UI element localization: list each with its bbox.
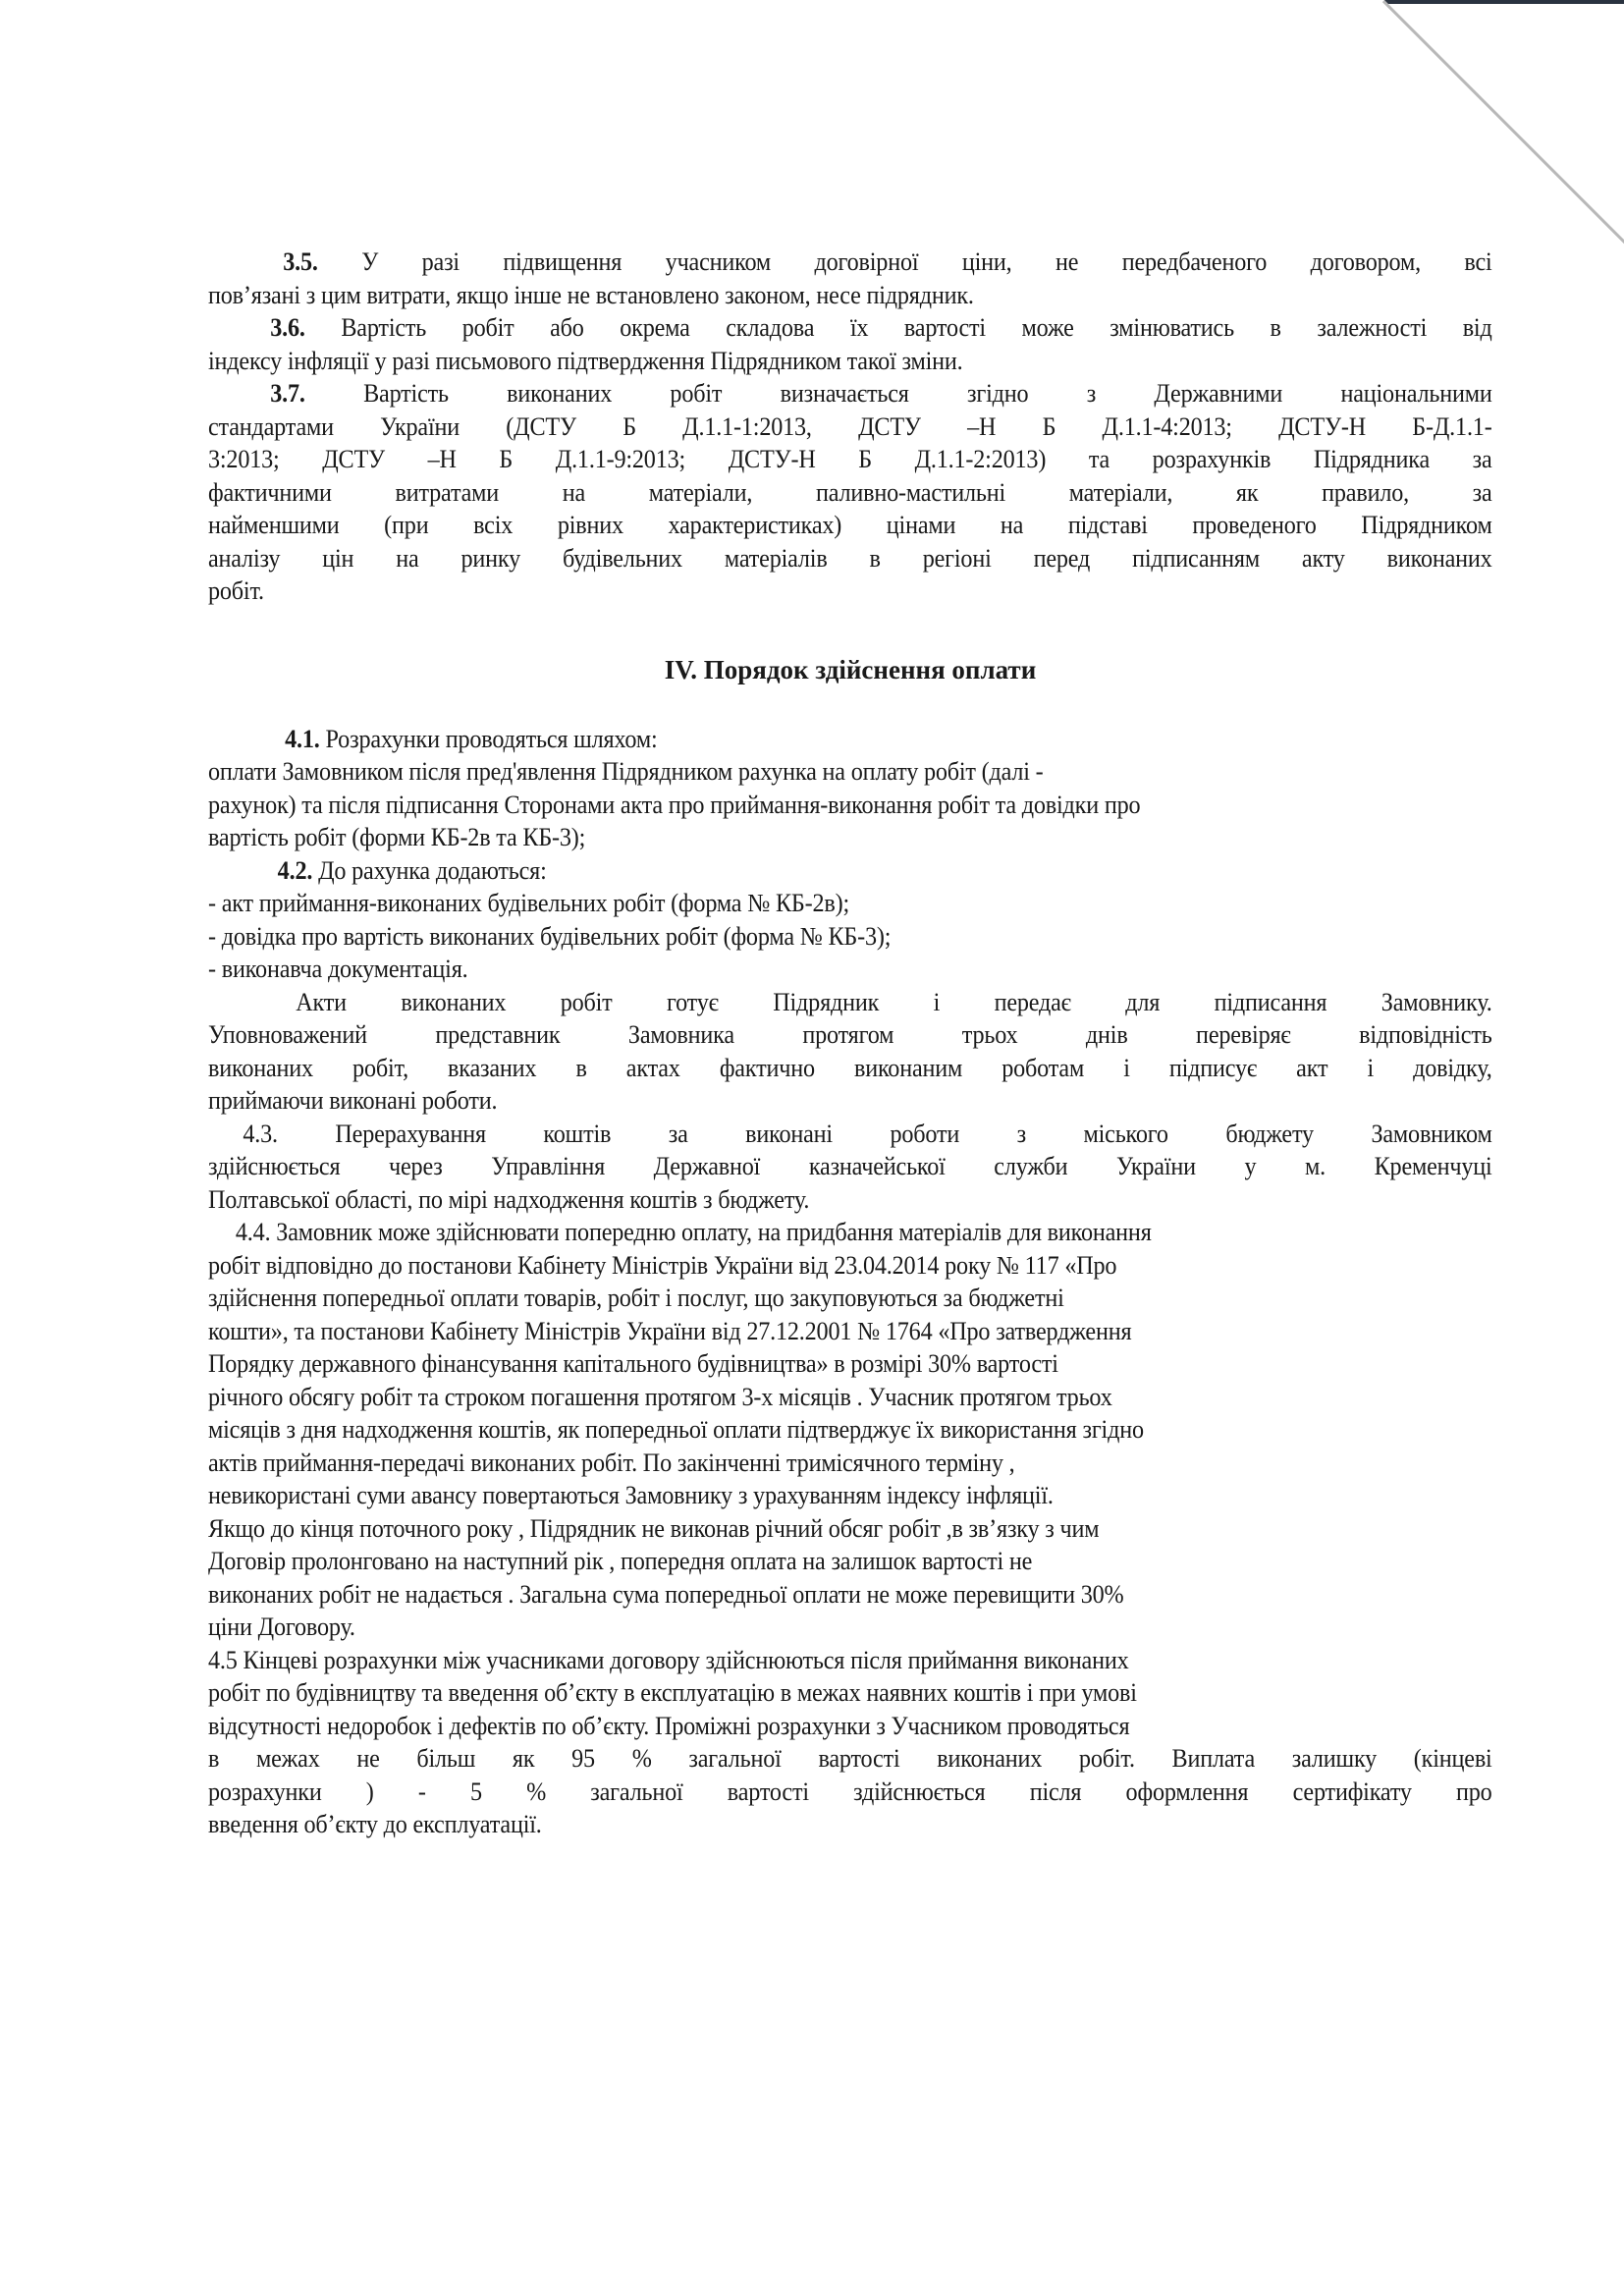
list-item: - акт приймання-виконаних будівельних ро… xyxy=(208,887,1492,920)
folded-corner-line xyxy=(1382,0,1624,252)
clause-number: 4.1. xyxy=(285,725,320,753)
clause-4-2: 4.2. До рахунка додаються: - акт прийман… xyxy=(208,854,1492,1118)
clause-number: 3.6. xyxy=(270,313,305,342)
clause-text: вартість робіт (форми КБ-2в та КБ-3); xyxy=(208,821,1492,854)
clause-text: робіт по будівництву та введення об’єкту… xyxy=(208,1676,1492,1710)
clause-text: місяців з дня надходження коштів, як поп… xyxy=(208,1413,1492,1447)
clause-text: невикористані суми авансу повертаються З… xyxy=(208,1479,1492,1512)
clause-text: Порядку державного фінансування капіталь… xyxy=(208,1347,1492,1381)
clause-text: відсутності недоробок і дефектів по об’є… xyxy=(208,1710,1492,1743)
clause-text: кошти», та постанови Кабінету Міністрів … xyxy=(208,1315,1492,1348)
clause-text: Вартість виконаних робіт визначається зг… xyxy=(363,379,1491,408)
document-page: 3.5. У разі підвищення учасником договір… xyxy=(208,246,1492,1841)
clause-text: в межах не більш як 95 % загальної варто… xyxy=(208,1742,1492,1776)
clause-text: ціни Договору. xyxy=(208,1611,1492,1644)
clause-text: стандартами України (ДСТУ Б Д.1.1-1:2013… xyxy=(208,410,1492,444)
clause-3-5: 3.5. У разі підвищення учасником договір… xyxy=(208,246,1492,311)
clause-number: 3.7. xyxy=(270,379,305,408)
list-item: - виконавча документація. xyxy=(208,953,1492,986)
clause-text: 4.5 Кінцеві розрахунки між учасниками до… xyxy=(208,1644,1492,1677)
clause-text: Вартість робіт або окрема складова їх ва… xyxy=(341,313,1491,342)
clause-text: фактичними витратами на матеріали, палив… xyxy=(208,476,1492,510)
clause-4-4: 4.4. Замовник може здійснювати попередню… xyxy=(208,1216,1492,1644)
clause-4-5: 4.5 Кінцеві розрахунки між учасниками до… xyxy=(208,1644,1492,1841)
clause-lead: До рахунка додаються: xyxy=(318,856,547,885)
clause-number: 4.2. xyxy=(278,856,313,885)
clause-text: У разі підвищення учасником договірної ц… xyxy=(361,247,1491,276)
clause-text: Якщо до кінця поточного року , Підрядник… xyxy=(208,1512,1492,1546)
scan-edge xyxy=(1384,0,1624,4)
list-item: - довідка про вартість виконаних будівел… xyxy=(208,920,1492,954)
clause-text: виконаних робіт не надається . Загальна … xyxy=(208,1578,1492,1612)
clause-text: індексу інфляції у разі письмового підтв… xyxy=(208,345,1492,378)
clause-text: здійснюється через Управління Державної … xyxy=(208,1150,1492,1183)
clause-text: Уповноважений представник Замовника прот… xyxy=(208,1018,1492,1052)
clause-text: Акти виконаних робіт готує Підрядник і п… xyxy=(208,986,1492,1019)
clause-text: річного обсягу робіт та строком погашенн… xyxy=(208,1381,1492,1414)
clause-text: приймаючи виконані роботи. xyxy=(208,1084,1492,1118)
clause-text: 4.3. Перерахування коштів за виконані ро… xyxy=(208,1118,1492,1151)
clause-text: виконаних робіт, вказаних в актах фактич… xyxy=(208,1052,1492,1085)
clause-text: розрахунки ) - 5 % загальної вартості зд… xyxy=(208,1776,1492,1809)
clause-lead: Розрахунки проводяться шляхом: xyxy=(326,725,658,753)
clause-text: 3:2013; ДСТУ –Н Б Д.1.1-9:2013; ДСТУ-Н Б… xyxy=(208,443,1492,476)
clause-text: 4.4. Замовник може здійснювати попередню… xyxy=(208,1216,1519,1249)
clause-text: Полтавської області, по мірі надходження… xyxy=(208,1183,1492,1217)
clause-text: введення об’єкту до експлуатації. xyxy=(208,1808,1492,1841)
clause-3-7: 3.7. Вартість виконаних робіт визначаєть… xyxy=(208,377,1492,608)
clause-text: оплати Замовником після пред'явлення Під… xyxy=(208,755,1492,789)
clause-4-1: 4.1. Розрахунки проводяться шляхом: опла… xyxy=(208,723,1492,854)
clause-text: Договір пролонговано на наступний рік , … xyxy=(208,1545,1492,1578)
clause-text: робіт відповідно до постанови Кабінету М… xyxy=(208,1249,1492,1283)
clause-4-3: 4.3. Перерахування коштів за виконані ро… xyxy=(208,1118,1492,1217)
clause-3-6: 3.6. Вартість робіт або окрема складова … xyxy=(208,311,1492,377)
clause-text: найменшими (при всіх рівних характеристи… xyxy=(208,509,1492,542)
clause-text: робіт. xyxy=(208,574,1492,608)
clause-text: здійснення попередньої оплати товарів, р… xyxy=(208,1282,1492,1315)
clause-number: 3.5. xyxy=(283,247,318,276)
clause-text: пов’язані з цим витрати, якщо інше не вс… xyxy=(208,279,1492,312)
clause-text: аналізу цін на ринку будівельних матеріа… xyxy=(208,542,1492,575)
section-heading: IV. Порядок здійснення оплати xyxy=(208,655,1492,685)
clause-text: актів приймання-передачі виконаних робіт… xyxy=(208,1447,1492,1480)
clause-text: рахунок) та після підписання Сторонами а… xyxy=(208,789,1492,822)
